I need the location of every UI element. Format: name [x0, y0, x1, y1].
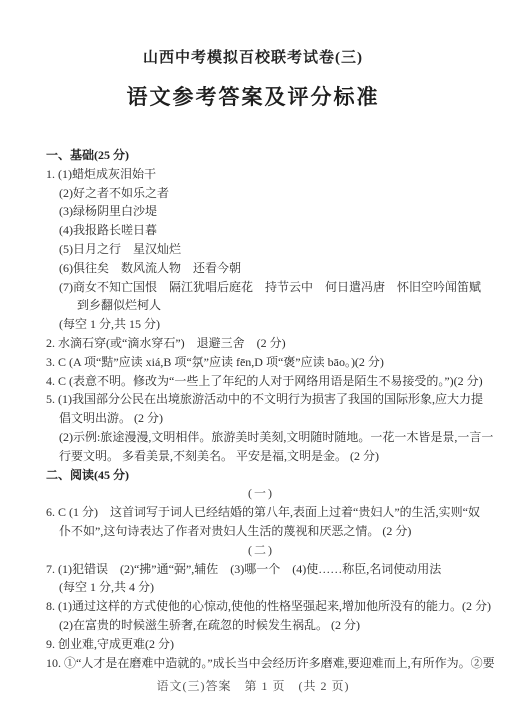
document-line: 仆不如”,这句诗表达了作者对贵妇人生活的蔑视和厌恶之情。 (2 分): [59, 522, 476, 541]
document-line: (每空 1 分,共 4 分): [59, 578, 476, 597]
document-line: (每空 1 分,共 15 分): [59, 315, 476, 334]
document-body: 一、基础(25 分)1. (1)蜡炬成灰泪始干(2)好之者不如乐之者(3)绿杨阴…: [0, 146, 506, 672]
document-line: 1. (1)蜡炬成灰泪始干: [46, 165, 476, 184]
document-line: (2)好之者不如乐之者: [59, 184, 476, 203]
document-line: 到乡翻似烂柯人: [77, 296, 476, 315]
document-line: 8. (1)通过这样的方式使他的心惊动,使他的性格坚强起来,增加他所没有的能力。…: [46, 597, 476, 616]
document-line: 3. C (A 项“黠”应读 xiá,B 项“氛”应读 fēn,D 项“褒”应读…: [46, 353, 476, 372]
answer-key-title: 语文参考答案及评分标准: [0, 83, 506, 111]
document-line: (3)绿杨阴里白沙堤: [59, 202, 476, 221]
section-heading: 二、阅读(45 分): [46, 466, 476, 485]
section-heading: 一、基础(25 分): [46, 146, 476, 165]
document-line: 4. C (表意不明。修改为“一些上了年纪的人对于网络用语是陌生不易接受的。”)…: [46, 372, 476, 391]
document-line: 6. C (1 分) 这首词写于词人已经结婚的第八年,表面上过着“贵妇人”的生活…: [46, 503, 476, 522]
document-line: 5. (1)我国部分公民在出境旅游活动中的不文明行为损害了我国的国际形象,应大力…: [46, 390, 476, 409]
document-page: 山西中考模拟百校联考试卷(三) 语文参考答案及评分标准 一、基础(25 分)1.…: [0, 0, 506, 704]
document-line: 行要文明。 多看美景,不刻美名。 平安是福,文明是金。 (2 分): [59, 447, 476, 466]
reading-part-marker: (二): [46, 541, 476, 560]
exam-title: 山西中考模拟百校联考试卷(三): [0, 48, 506, 68]
page-footer: 语文(三)答案 第 1 页 (共 2 页): [0, 677, 506, 694]
document-line: (4)我报路长嗟日暮: [59, 221, 476, 240]
document-line: 倡文明出游。 (2 分): [59, 409, 476, 428]
reading-part-marker: (一): [46, 484, 476, 503]
document-line: (5)日月之行 星汉灿烂: [59, 240, 476, 259]
document-line: 10. ①“人才是在磨难中造就的。”成长当中会经历许多磨难,要迎难而上,有所作为…: [46, 654, 476, 673]
document-line: (7)商女不知亡国恨 隔江犹唱后庭花 持节云中 何日遣冯唐 怀旧空吟闻笛赋: [59, 278, 476, 297]
document-line: 9. 创业难,守成更难(2 分): [46, 635, 476, 654]
document-line: (6)俱往矣 数风流人物 还看今朝: [59, 259, 476, 278]
document-line: (2)在富贵的时候滋生骄奢,在疏忽的时候发生祸乱。 (2 分): [59, 616, 476, 635]
document-line: 7. (1)犯错误 (2)“拂”通“弼”,辅佐 (3)哪一个 (4)使……称臣,…: [46, 560, 476, 579]
document-line: 2. 水滴石穿(或“滴水穿石”) 退避三舍 (2 分): [46, 334, 476, 353]
document-line: (2)示例:旅途漫漫,文明相伴。旅游美时美刻,文明随时随地。一花一木皆是景,一言…: [59, 428, 476, 447]
